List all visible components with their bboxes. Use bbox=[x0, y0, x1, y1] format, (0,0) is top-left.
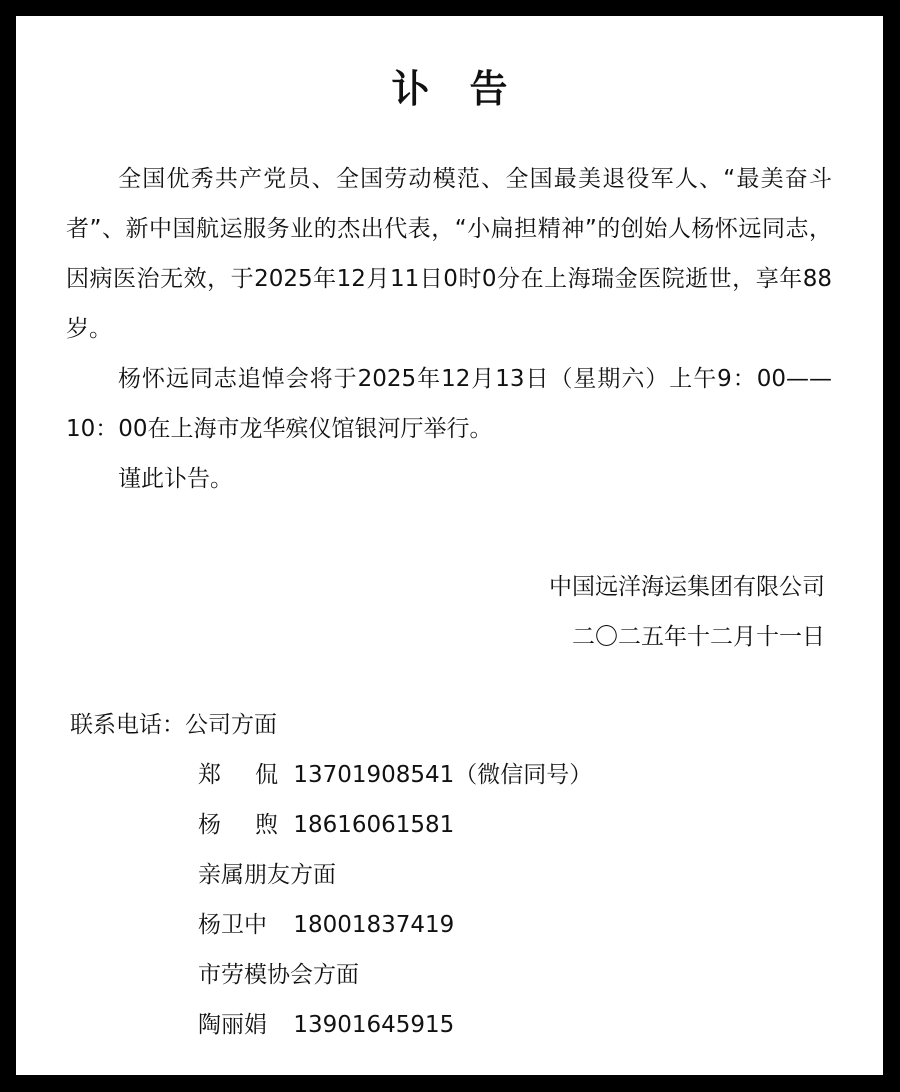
contact-row-person: 杨煦 18616061581 bbox=[70, 800, 592, 850]
signature-organization: 中国远洋海运集团有限公司 bbox=[549, 562, 825, 612]
group-heading-company: 公司方面 bbox=[185, 712, 277, 738]
contact-section: 联系电话：公司方面 郑侃 13701908541（微信同号） 杨煦 186160… bbox=[70, 700, 592, 1050]
contact-name: 杨卫中 bbox=[198, 900, 286, 950]
group-heading-family: 亲属朋友方面 bbox=[198, 862, 336, 888]
contact-row-person: 郑侃 13701908541（微信同号） bbox=[70, 750, 592, 800]
contact-name: 郑侃 bbox=[198, 750, 286, 800]
contact-row-person: 杨卫中 18001837419 bbox=[70, 900, 592, 950]
paragraph-closing: 谨此讣告。 bbox=[66, 454, 832, 504]
paragraph-memorial-service: 杨怀远同志追悼会将于2025年12月13日（星期六）上午9：00——10：00在… bbox=[66, 354, 832, 454]
signature-date: 二〇二五年十二月十一日 bbox=[572, 612, 825, 662]
page-title: 讣告 bbox=[16, 64, 883, 114]
contact-row-person: 陶丽娟 13901645915 bbox=[70, 1000, 592, 1050]
contact-row-company-heading: 联系电话：公司方面 bbox=[70, 700, 592, 750]
contact-phone: 18616061581 bbox=[293, 812, 454, 838]
contact-phone: 13901645915 bbox=[293, 1012, 454, 1038]
contact-label: 联系电话： bbox=[70, 712, 185, 738]
paragraph-announcement: 全国优秀共产党员、全国劳动模范、全国最美退役军人、“最美奋斗者”、新中国航运服务… bbox=[66, 154, 832, 354]
group-heading-association: 市劳模协会方面 bbox=[198, 962, 359, 988]
obituary-page: 讣告 全国优秀共产党员、全国劳动模范、全国最美退役军人、“最美奋斗者”、新中国航… bbox=[16, 16, 883, 1075]
contact-note: （微信同号） bbox=[454, 762, 592, 788]
contact-name: 杨煦 bbox=[198, 800, 286, 850]
contact-row-family-heading: 亲属朋友方面 bbox=[70, 850, 592, 900]
contact-phone: 18001837419 bbox=[293, 912, 454, 938]
contact-name: 陶丽娟 bbox=[198, 1000, 286, 1050]
obituary-body: 全国优秀共产党员、全国劳动模范、全国最美退役军人、“最美奋斗者”、新中国航运服务… bbox=[66, 154, 832, 504]
contact-row-association-heading: 市劳模协会方面 bbox=[70, 950, 592, 1000]
contact-phone: 13701908541 bbox=[293, 762, 454, 788]
